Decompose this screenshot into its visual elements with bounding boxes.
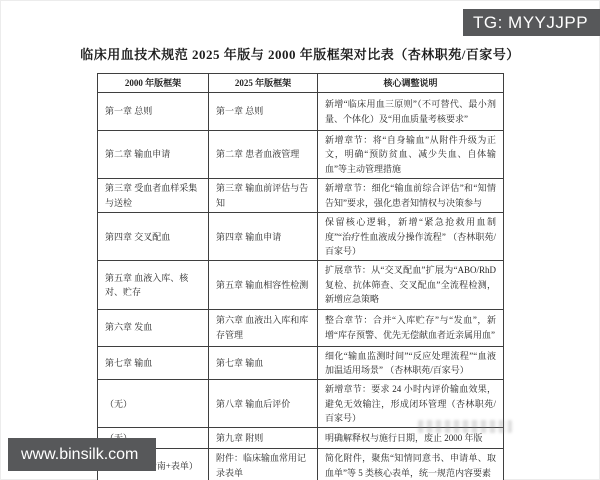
cell-adjustment-note: 细化“输血监测时间”“反应处理流程”“血液加温适用场景” （杏林职苑/百家号） xyxy=(318,346,504,380)
cell-adjustment-note: 扩展章节：从“交叉配血”扩展为“ABO/RhD 复检、抗体筛查、交叉配血”全流程… xyxy=(318,261,504,309)
cell-2025-framework: 第四章 输血申请 xyxy=(209,213,318,261)
cell-2025-framework: 第三章 输血前评估与告知 xyxy=(209,179,318,213)
col-header-2025-framework: 2025 年版框架 xyxy=(209,74,318,93)
cell-2025-framework: 第一章 总则 xyxy=(209,93,318,131)
cell-adjustment-note: 整合章节：合并“入库贮存”与“发血”，新增“库存预警、优先无偿献血者近亲属用血” xyxy=(318,309,504,346)
cell-2025-framework: 第五章 输血相容性检测 xyxy=(209,261,318,309)
cell-2000-framework: 第七章 输血 xyxy=(98,346,209,380)
table-row: 第三章 受血者血样采集与送检 第三章 输血前评估与告知 新增章节：细化“输血前综… xyxy=(98,179,504,213)
cell-adjustment-note: 简化附件，聚焦“知情同意书、申请单、取血单”等 5 类核心表单，统一规范内容要素 xyxy=(318,449,504,480)
cell-2025-framework: 第八章 输血后评价 xyxy=(209,380,318,428)
document-page: TG: MYYJJPP 临床用血技术规范 2025 年版与 2000 年版框架对… xyxy=(0,0,600,480)
tg-watermark-badge: TG: MYYJJPP xyxy=(463,9,600,36)
cell-2025-framework: 第二章 患者血液管理 xyxy=(209,131,318,179)
table-row: 第五章 血液入库、核对、贮存 第五章 输血相容性检测 扩展章节：从“交叉配血”扩… xyxy=(98,261,504,309)
cell-adjustment-note: 新增“临床用血三原则”（不可替代、最小剂量、个体化）及“用血质量考核要求” xyxy=(318,93,504,131)
cell-2000-framework: 第五章 血液入库、核对、贮存 xyxy=(98,261,209,309)
cell-adjustment-note: 保留核心逻辑，新增“紧急抢救用血制度”“治疗性血液成分操作流程” （杏林职苑/百… xyxy=(318,213,504,261)
cell-adjustment-note: 新增章节：将“自身输血”从附件升级为正文，明确“预防贫血、减少失血、自体输血”等… xyxy=(318,131,504,179)
table-row: 第四章 交叉配血 第四章 输血申请 保留核心逻辑，新增“紧急抢救用血制度”“治疗… xyxy=(98,213,504,261)
cell-2000-framework: （无） xyxy=(98,380,209,428)
cell-2000-framework: 第四章 交叉配血 xyxy=(98,213,209,261)
cell-2025-framework: 附件：临床输血常用记录表单 xyxy=(209,449,318,480)
table-header-row: 2000 年版框架 2025 年版框架 核心调整说明 xyxy=(98,74,504,93)
cell-adjustment-note: 新增章节：细化“输血前综合评估”和“知情告知”要求，强化患者知情权与决策参与 xyxy=(318,179,504,213)
table-row: 第六章 发血 第六章 血液出入库和库存管理 整合章节：合并“入库贮存”与“发血”… xyxy=(98,309,504,346)
table-row: 第一章 总则 第一章 总则 新增“临床用血三原则”（不可替代、最小剂量、个体化）… xyxy=(98,93,504,131)
table-row: 第二章 输血申请 第二章 患者血液管理 新增章节：将“自身输血”从附件升级为正文… xyxy=(98,131,504,179)
cell-2025-framework: 第七章 输血 xyxy=(209,346,318,380)
table-row: 9 个附件（指南+表单） 附件：临床输血常用记录表单 简化附件，聚焦“知情同意书… xyxy=(98,449,504,480)
cell-2000-framework: 第二章 输血申请 xyxy=(98,131,209,179)
cell-2000-framework: 第一章 总则 xyxy=(98,93,209,131)
page-title: 临床用血技术规范 2025 年版与 2000 年版框架对比表（杏林职苑/百家号） xyxy=(0,44,600,63)
col-header-adjustment-note: 核心调整说明 xyxy=(318,74,504,93)
table-row: 第七章 输血 第七章 输血 细化“输血监测时间”“反应处理流程”“血液加温适用场… xyxy=(98,346,504,380)
cell-2025-framework: 第九章 附则 xyxy=(209,428,318,449)
site-watermark-badge: www.binsilk.com xyxy=(8,438,156,471)
comparison-table: 2000 年版框架 2025 年版框架 核心调整说明 第一章 总则 第一章 总则… xyxy=(97,73,504,480)
col-header-2000-framework: 2000 年版框架 xyxy=(98,74,209,93)
cell-2025-framework: 第六章 血液出入库和库存管理 xyxy=(209,309,318,346)
faint-watermark xyxy=(418,420,512,433)
cell-2000-framework: 第六章 发血 xyxy=(98,309,209,346)
cell-2000-framework: 第三章 受血者血样采集与送检 xyxy=(98,179,209,213)
